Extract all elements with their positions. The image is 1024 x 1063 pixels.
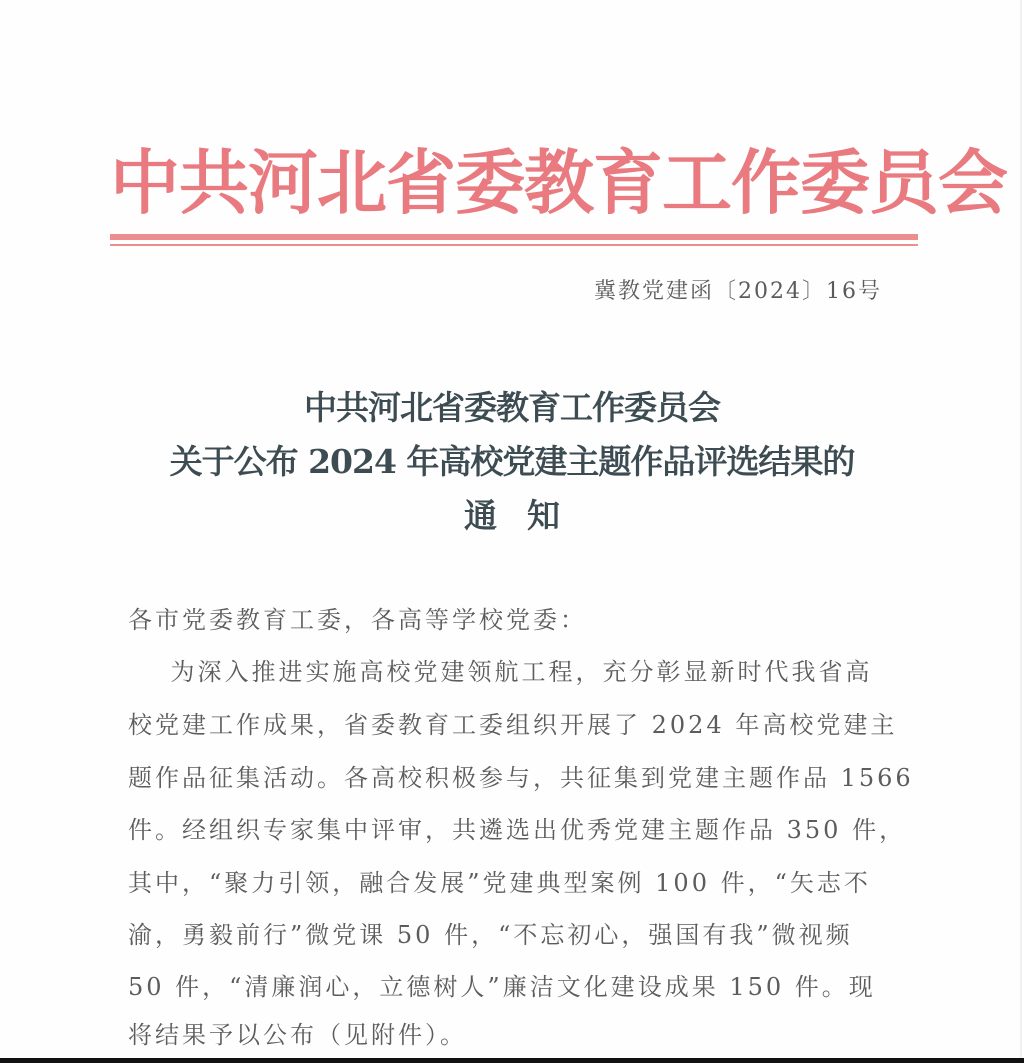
heading-line-1: 中共河北省委教育工作委员会 (0, 382, 1024, 429)
paragraph-line: 渝，勇毅前行”微党课 50 件，“不忘初心，强国有我”微视频 (128, 918, 888, 952)
page-bottom-edge (0, 1058, 1024, 1063)
paragraph-line: 为深入推进实施高校党建领航工程，充分彰显新时代我省高 (128, 655, 888, 689)
masthead-rule-thick (110, 234, 918, 240)
salutation: 各市党委教育工委，各高等学校党委： (128, 603, 888, 637)
document-number: 冀教党建函〔2024〕16号 (594, 274, 882, 305)
paragraph-line: 将结果予以公布（见附件）。 (128, 1018, 888, 1052)
heading-line-2: 关于公布 2024 年高校党建主题作品评选结果的 (0, 436, 1024, 483)
paragraph-line: 件。经组织专家集中评审，共遴选出优秀党建主题作品 350 件， (128, 813, 888, 847)
heading-line-3: 通知 (0, 490, 1024, 537)
paragraph-line: 50 件，“清廉润心，立德树人”廉洁文化建设成果 150 件。现 (128, 970, 888, 1004)
paragraph-line: 校党建工作成果，省委教育工委组织开展了 2024 年高校党建主 (128, 708, 888, 742)
document-page: 中共河北省委教育工作委员会 冀教党建函〔2024〕16号 中共河北省委教育工作委… (0, 0, 1022, 1058)
masthead-title: 中共河北省委教育工作委员会 (110, 138, 918, 228)
paragraph-line: 题作品征集活动。各高校积极参与，共征集到党建主题作品 1566 (128, 761, 888, 795)
paragraph-line: 其中，“聚力引领，融合发展”党建典型案例 100 件，“矢志不 (128, 866, 888, 900)
masthead-rule-thin (110, 244, 918, 246)
